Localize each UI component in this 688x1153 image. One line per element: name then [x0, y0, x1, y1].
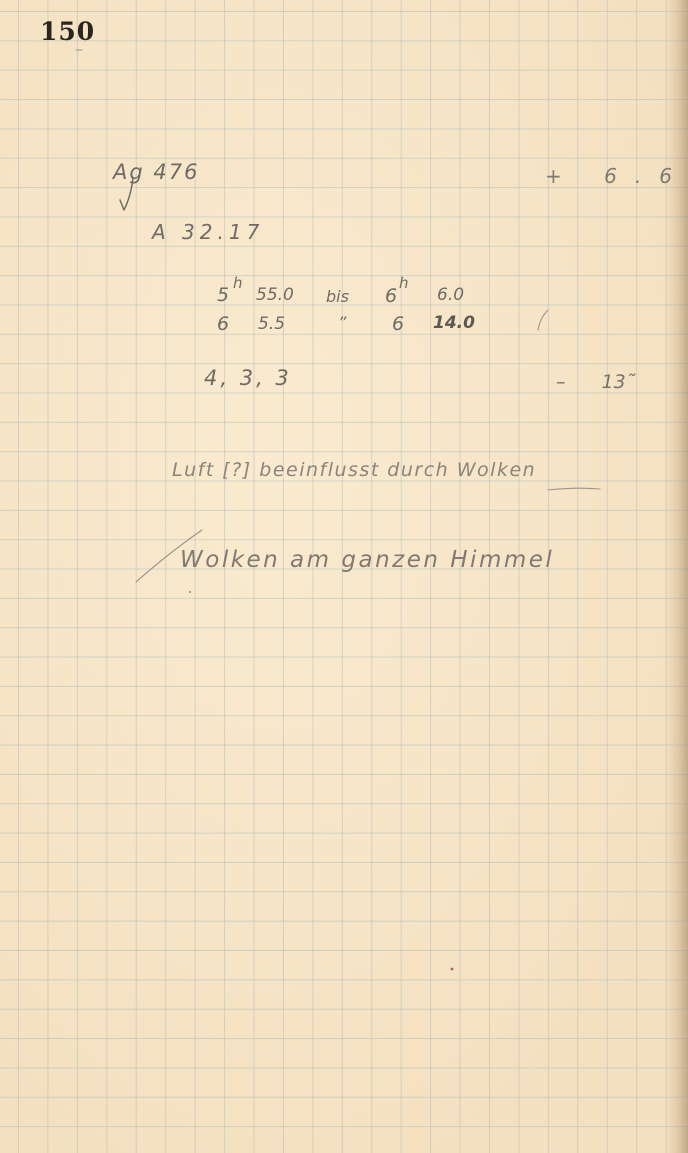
time-end-hour: 6 [385, 285, 397, 307]
scale-value: 4, 3, 3 [204, 366, 292, 390]
notebook-page: 150 Ag 476 + 6.6 A 32.17 5 h 55.0 bis 6 … [0, 0, 688, 1153]
time-start-hour: 6 [217, 313, 229, 335]
time-end-minutes: 14.0 [433, 313, 475, 333]
time-start-sup: h [233, 274, 243, 292]
note-line-2: Wolken am ganzen Himmel [180, 547, 554, 573]
time-separator: bis [326, 287, 349, 306]
scale-right-value: – 13˜ [556, 371, 635, 393]
spot-mark [451, 968, 454, 971]
time-separator: ” [338, 313, 346, 332]
underline-stroke [548, 488, 600, 490]
time-start-hour: 5 [217, 284, 229, 306]
entry-ag-right-value: + 6.6 [545, 164, 688, 188]
entry-ag-label: Ag 476 [113, 160, 199, 184]
bracket-mark [538, 310, 548, 330]
page-number: 150 [40, 17, 95, 46]
entry-a-label: A 32.17 [152, 220, 264, 244]
time-end-minutes: 6.0 [437, 285, 464, 305]
time-end-sup: h [399, 274, 409, 292]
time-start-minutes: 5.5 [258, 314, 285, 334]
spot-mark [189, 591, 191, 593]
time-start-minutes: 55.0 [256, 285, 294, 305]
time-end-hour: 6 [392, 313, 404, 335]
note-line-1: Luft [?] beeinflusst durch Wolken [172, 459, 536, 481]
